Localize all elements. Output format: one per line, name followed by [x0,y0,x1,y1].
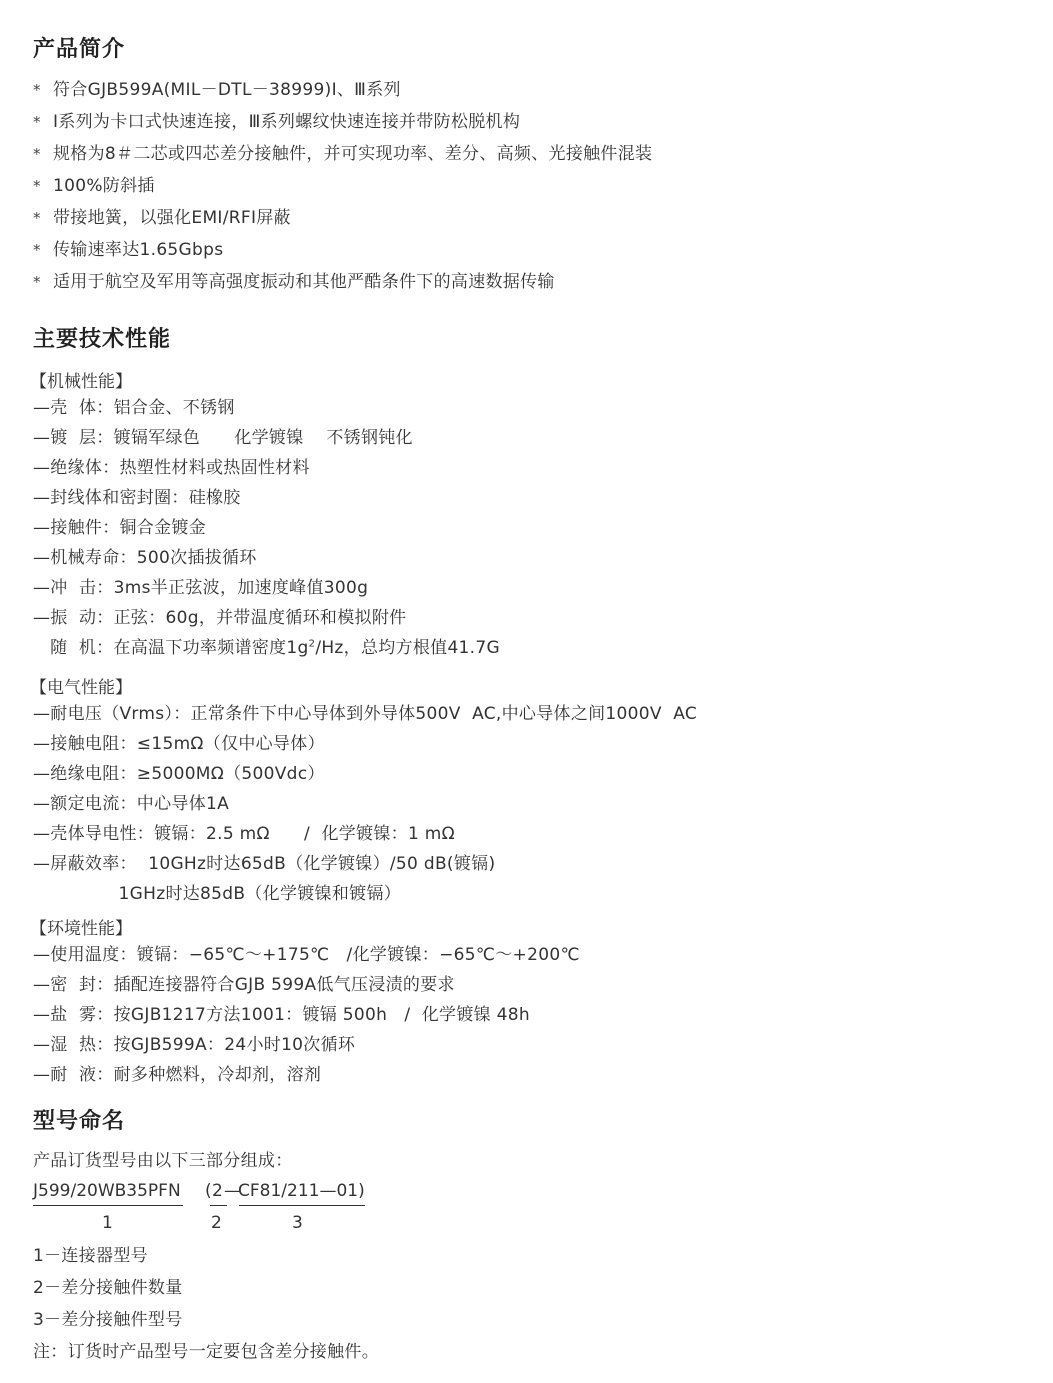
spec-item: —耐电压（Vrms）：正常条件下中心导体到外导体500V AC,中心导体之间10… [33,703,697,725]
underline-1 [33,1205,183,1206]
legend-item: 3－差分接触件型号 [33,1309,183,1331]
spec-item: —使用温度：镀镉：−65℃～+175℃ /化学镀镍：−65℃～+200℃ [33,944,580,966]
bullet-icon: * [33,79,53,101]
spec-item: —屏蔽效率： 10GHz时达65dB（化学镀镍）/50 dB(镀镉) [33,853,495,875]
spec-item: —壳体导电性：镀镉：2.5 mΩ / 化学镀镍：1 mΩ [33,823,455,845]
intro-item: *100%防斜插 [33,175,155,197]
bullet-icon: * [33,143,53,165]
spec-item: —湿 热：按GJB599A：24小时10次循环 [33,1034,355,1056]
spec-item: —密 封：插配连接器符合GJB 599A低气压浸渍的要求 [33,974,455,996]
underline-3 [239,1205,365,1206]
spec-item: —绝缘体：热塑性材料或热固性材料 [33,457,310,479]
intro-item: *适用于航空及军用等高强度振动和其他严酷条件下的高速数据传输 [33,271,555,293]
spec-item: —耐 液：耐多种燃料，冷却剂，溶剂 [33,1064,321,1086]
model-part-3: CF81/211—01) [238,1181,365,1201]
model-part-1: J599/20WB35PFN [33,1181,181,1201]
spec-item: —冲 击：3ms半正弦波，加速度峰值300g [33,577,368,599]
intro-item: *符合GJB599A(MIL－DTL－38999)Ⅰ、Ⅲ系列 [33,79,401,101]
spec-item: —封线体和密封圈：硅橡胶 [33,487,241,509]
model-open-paren: ( [205,1181,212,1201]
model-num-1: 1 [102,1213,113,1233]
spec-item: —镀 层：镀镉军绿色 化学镀镍 不锈钢钝化 [33,427,413,449]
spec-item: 1GHz时达85dB（化学镀镍和镀镉） [33,883,401,905]
electrical-label: 【电气性能】 [30,673,132,698]
spec-item: —盐 雾：按GJB1217方法1001：镀镉 500h / 化学镀镍 48h [33,1004,530,1026]
spec-item: —额定电流：中心导体1A [33,793,229,815]
legend-item: 2－差分接触件数量 [33,1277,183,1299]
naming-note: 注：订货时产品型号一定要包含差分接触件。 [33,1341,379,1363]
bullet-icon: * [33,271,53,293]
mechanical-label: 【机械性能】 [30,367,132,392]
intro-item: *规格为8＃二芯或四芯差分接触件，并可实现功率、差分、高频、光接触件混装 [33,143,652,165]
bullet-icon: * [33,175,53,197]
model-part-2: 2 [212,1181,223,1201]
intro-item: *带接地簧，以强化EMI/RFI屏蔽 [33,207,291,229]
environmental-label: 【环境性能】 [30,914,132,939]
model-num-3: 3 [292,1213,303,1233]
legend-item: 1－连接器型号 [33,1245,148,1267]
spec-item: —接触件：铜合金镀金 [33,517,206,539]
underline-2 [210,1205,227,1206]
spec-item: —接触电阻：≤15mΩ（仅中心导体） [33,733,325,755]
spec-item-random: 随 机：在高温下功率频谱密度1g2/Hz，总均方根值41.7G [33,637,500,659]
spec-item: —振 动：正弦：60g，并带温度循环和模拟附件 [33,607,406,629]
intro-item: *传输速率达1.65Gbps [33,239,223,261]
spec-item: —机械寿命：500次插拔循环 [33,547,257,569]
bullet-icon: * [33,111,53,133]
bullet-icon: * [33,239,53,261]
intro-item: *Ⅰ系列为卡口式快速连接，Ⅲ系列螺纹快速连接并带防松脱机构 [33,111,520,133]
model-num-2: 2 [211,1213,222,1233]
spec-item: —绝缘电阻：≥5000MΩ（500Vdc） [33,763,325,785]
specs-title: 主要技术性能 [33,322,171,353]
bullet-icon: * [33,207,53,229]
intro-title: 产品简介 [33,32,125,63]
spec-item: —壳 体：铝合金、不锈钢 [33,397,235,419]
naming-intro: 产品订货型号由以下三部分组成： [33,1150,293,1172]
naming-title: 型号命名 [33,1104,125,1135]
